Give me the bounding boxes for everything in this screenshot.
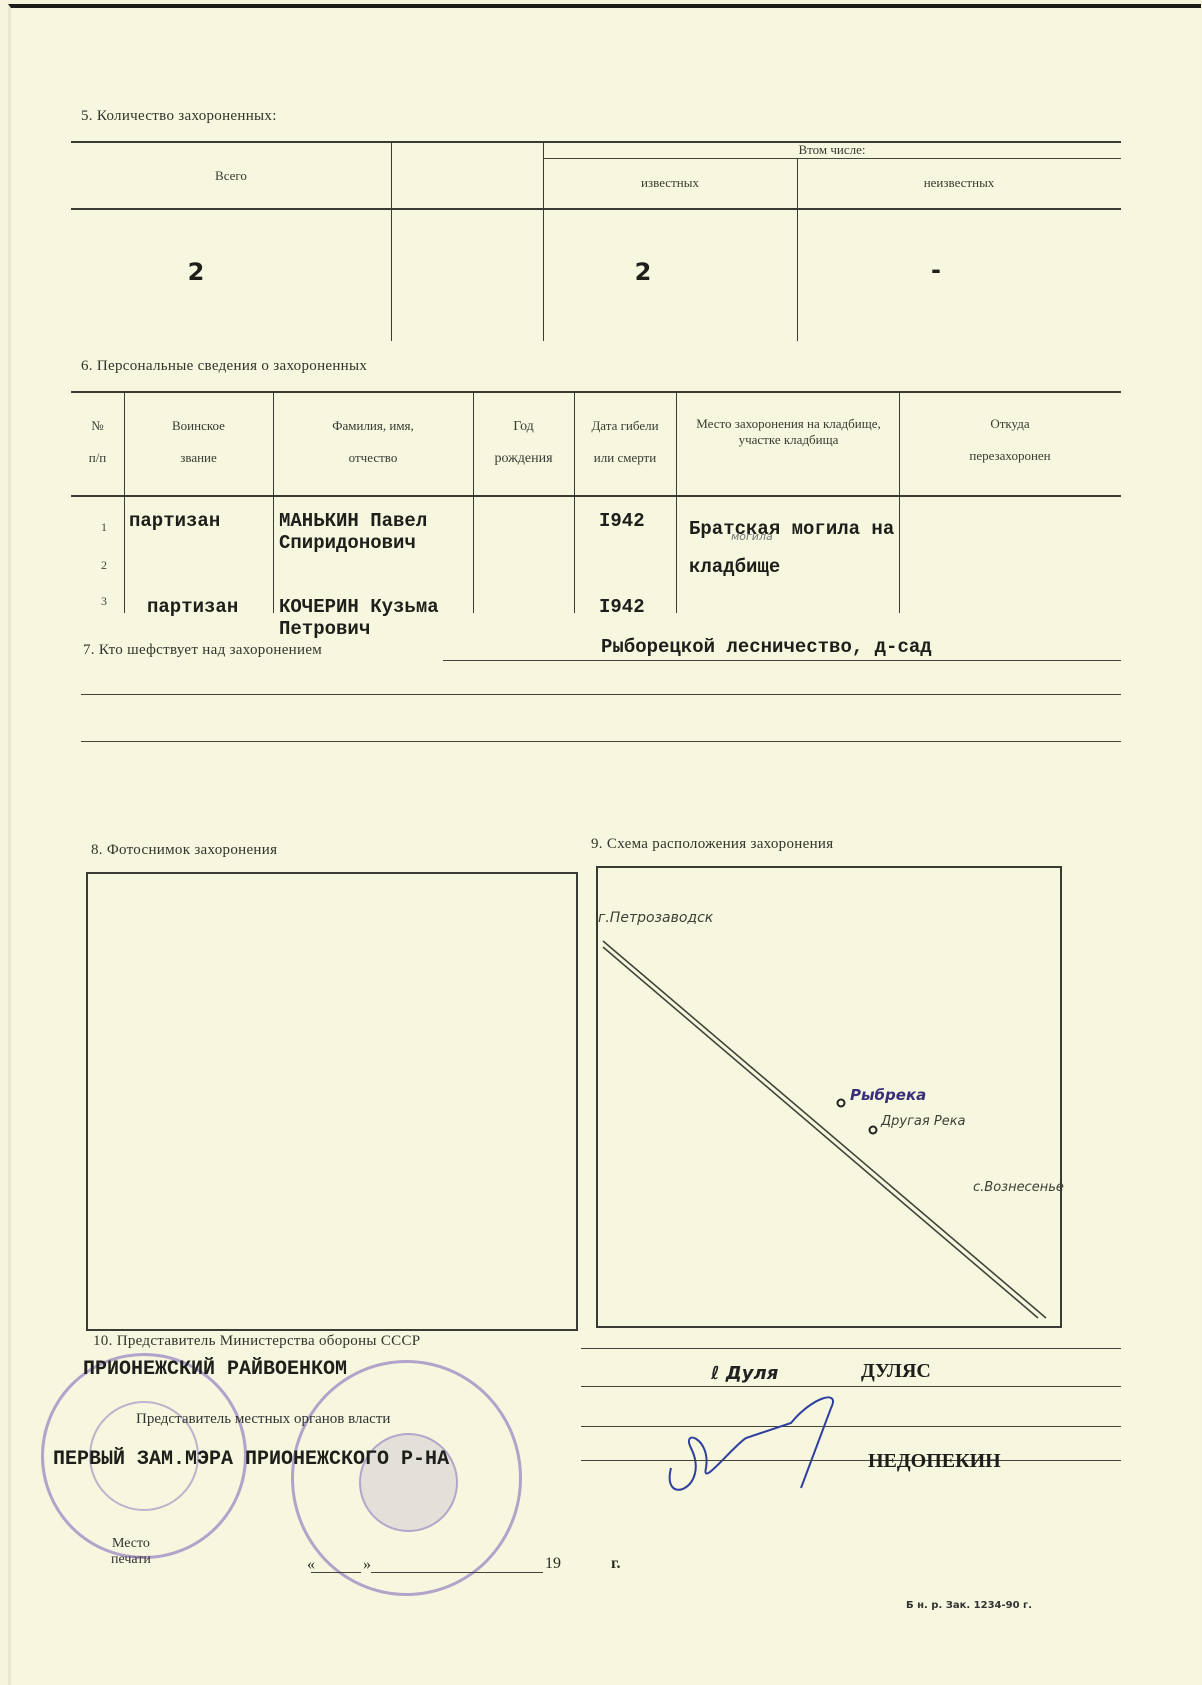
row1-name: МАНЬКИН Павел Спиридонович — [279, 510, 479, 554]
col-from-header: Откуда перезахоронен — [899, 416, 1121, 465]
scheme-label-point1: Рыбрека — [850, 1086, 926, 1104]
col-death-header: Дата гибели или смерти — [574, 418, 676, 467]
seal-place-line2: печати — [111, 1552, 151, 1568]
col-birth-header: Год рождения — [473, 418, 574, 467]
scheme-label-point2: Другая Река — [881, 1114, 966, 1129]
table6-header-bottom — [71, 495, 1121, 497]
row1-burial-handwritten: могила — [731, 530, 773, 543]
col-header-line2: перезахоронен — [899, 448, 1121, 464]
table6-divider — [676, 391, 677, 613]
section7-line-3 — [81, 741, 1121, 742]
header-unknown: неизвестных — [797, 175, 1121, 191]
scheme-label-end: с.Вознесенье — [973, 1180, 1064, 1195]
mod-line-2 — [581, 1386, 1121, 1387]
row1-death-date: I942 — [599, 510, 645, 532]
road-diagram — [598, 868, 1060, 1326]
mod-name: ДУЛЯС — [861, 1360, 931, 1383]
value-unknown: - — [871, 256, 1001, 284]
row2-name: КОЧЕРИН Кузьма Петрович — [279, 596, 489, 640]
local-org: ПЕРВЫЙ ЗАМ.МЭРА ПРИОНЕЖСКОГО Р-НА — [53, 1448, 449, 1471]
value-known: 2 — [543, 258, 743, 286]
date-close-quote: » — [363, 1556, 371, 1574]
scheme-box: г.Петрозаводск Рыбрека Другая Река с.Воз… — [596, 866, 1062, 1328]
seal-place-line1: Место — [111, 1536, 151, 1552]
photo-box — [86, 872, 578, 1331]
col-header-line2: или смерти — [574, 450, 676, 466]
col-header-line1: Воинское — [124, 418, 273, 434]
col-header-line2: п/п — [71, 450, 124, 466]
col-header-line1: Дата гибели — [574, 418, 676, 434]
local-title: Представитель местных органов власти — [136, 1411, 390, 1428]
date-day-line — [311, 1572, 361, 1573]
print-info: Б н. р. Зак. 1234-90 г. — [906, 1600, 1032, 1611]
local-signature — [651, 1388, 851, 1508]
row2-rank: партизан — [147, 596, 238, 618]
date-year: 19 — [545, 1555, 561, 1573]
col-header-line2: рождения — [473, 450, 574, 468]
header-total: Всего — [71, 168, 391, 184]
section7-line-2 — [81, 694, 1121, 695]
col-header-line2: отчество — [273, 450, 473, 466]
date-suffix: г. — [611, 1555, 620, 1573]
section8-title: 8. Фотоснимок захоронения — [91, 842, 277, 859]
row-number: 2 — [101, 558, 107, 573]
date-month-line — [371, 1572, 543, 1573]
section10-title: 10. Представитель Министерства обороны С… — [93, 1333, 420, 1350]
col-burial-place-header: Место захоронения на кладбище, участке к… — [691, 416, 886, 449]
stamp-administration — [291, 1360, 522, 1596]
row-number: 1 — [101, 520, 107, 535]
mod-signature: ℓ Дуля — [711, 1363, 778, 1384]
table6-top-border — [71, 391, 1121, 393]
section5-title: 5. Количество захороненных: — [81, 108, 277, 125]
row-number: 3 — [101, 594, 107, 609]
table5-header-bottom — [71, 208, 1121, 210]
value-total: 2 — [71, 258, 321, 286]
seal-place: Место печати — [111, 1536, 151, 1568]
col-header-line1: Откуда — [899, 416, 1121, 432]
row1-rank: партизан — [129, 510, 220, 532]
mod-org: ПРИОНЕЖСКИЙ РАЙВОЕНКОМ — [83, 1358, 347, 1381]
local-name: НЕДОПЕКИН — [868, 1450, 1001, 1473]
col-header-line2: звание — [124, 450, 273, 466]
col-header-line1: № — [71, 418, 124, 434]
col-number-header: № п/п — [71, 418, 124, 467]
section9-title: 9. Схема расположения захоронения — [591, 836, 833, 853]
section6-title: 6. Персональные сведения о захороненных — [81, 358, 367, 375]
table5-divider — [391, 141, 392, 341]
header-known: известных — [543, 175, 797, 191]
col-header-line1: Фамилия, имя, — [273, 418, 473, 434]
section7-line — [443, 660, 1121, 661]
row2-death-date: I942 — [599, 596, 645, 618]
section7-title: 7. Кто шефствует над захоронением — [83, 642, 322, 659]
col-rank-header: Воинское звание — [124, 418, 273, 467]
document-page: 5. Количество захороненных: Всего Втом ч… — [8, 4, 1201, 1685]
local-line-2 — [581, 1460, 1121, 1461]
scheme-label-start: г.Петрозаводск — [598, 910, 713, 926]
mod-line-1 — [581, 1348, 1121, 1349]
col-name-header: Фамилия, имя, отчество — [273, 418, 473, 467]
col-header-line1: Год — [473, 418, 574, 436]
section7-value: Рыборецкой лесничество, д-сад — [601, 636, 932, 658]
row1-burial-place: Братская могила на кладбище — [689, 510, 904, 586]
table5-divider — [543, 141, 544, 341]
header-including: Втом числе: — [543, 142, 1121, 158]
